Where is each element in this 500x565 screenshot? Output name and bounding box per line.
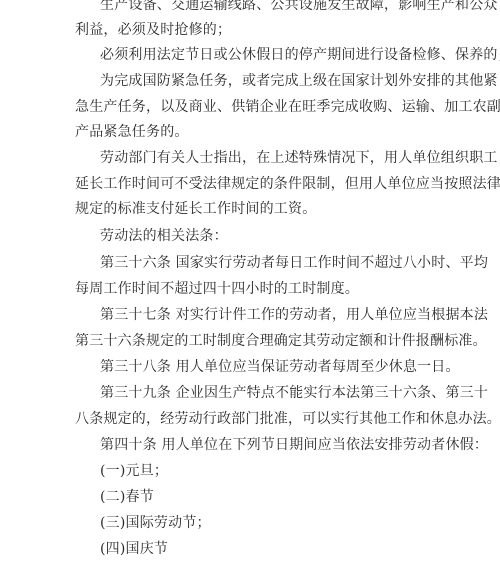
paragraph-line: 劳动部门有关人士指出，在上述特殊情况下，用人单位组织职工 bbox=[100, 150, 430, 166]
article-40: 第四十条 用人单位在下列节日期间应当依法安排劳动者休假： bbox=[100, 437, 430, 453]
holiday-list-item: (一)元旦； bbox=[100, 463, 455, 479]
paragraph-line: 利益，必须及时抢修的； bbox=[75, 22, 430, 38]
section-heading: 劳动法的相关法条： bbox=[100, 228, 430, 244]
paragraph-line: 产品紧急任务的。 bbox=[75, 124, 430, 140]
article-38: 第三十八条 用人单位应当保证劳动者每周至少休息一日。 bbox=[100, 359, 430, 375]
holiday-list-item: (二)春节 bbox=[100, 489, 455, 505]
paragraph-line: 为完成国防紧急任务，或者完成上级在国家计划外安排的其他紧 bbox=[100, 73, 430, 89]
document-page: 生产设备、交通运输线路、公共设施发生故障，影响生产和公众 利益，必须及时抢修的；… bbox=[0, 0, 500, 565]
holiday-list-item: (四)国庆节 bbox=[100, 541, 455, 557]
article-36-cont: 每周工作时间不超过四十四小时的工时制度。 bbox=[75, 281, 430, 297]
article-37: 第三十七条 对实行计件工作的劳动者，用人单位应当根据本法 bbox=[100, 307, 430, 323]
holiday-list-item: (三)国际劳动节； bbox=[100, 515, 455, 531]
paragraph-line: 急生产任务，以及商业、供销企业在旺季完成收购、运输、加工农副 bbox=[75, 99, 430, 115]
article-37-cont: 第三十六条规定的工时制度合理确定其劳动定额和计件报酬标准。 bbox=[75, 333, 430, 349]
paragraph-line: 必须利用法定节日或公休假日的停产期间进行设备检修、保养的； bbox=[100, 47, 430, 63]
paragraph-line: 延长工作时间可不受法律规定的条件限制，但用人单位应当按照法律 bbox=[75, 176, 430, 192]
paragraph-line: 生产设备、交通运输线路、公共设施发生故障，影响生产和公众 bbox=[100, 0, 430, 13]
paragraph-line: 规定的标准支付延长工作时间的工资。 bbox=[75, 201, 430, 217]
article-39-cont: 八条规定的，经劳动行政部门批准，可以实行其他工作和休息办法。 bbox=[75, 411, 430, 427]
article-39: 第三十九条 企业因生产特点不能实行本法第三十六条、第三十 bbox=[100, 385, 430, 401]
article-36: 第三十六条 国家实行劳动者每日工作时间不超过八小时、平均 bbox=[100, 255, 430, 271]
